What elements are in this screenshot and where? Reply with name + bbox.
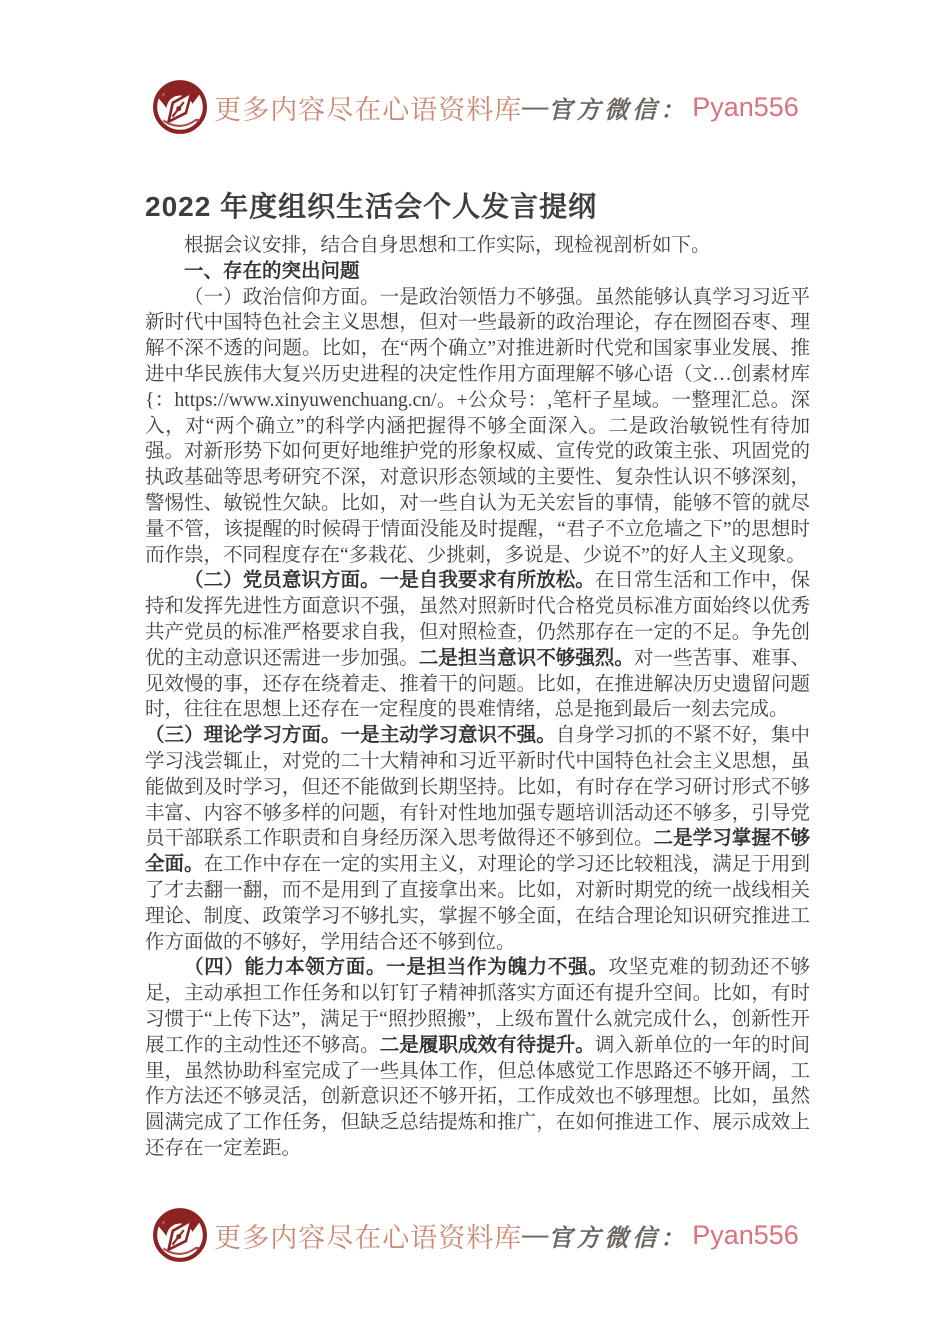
- page-title: 2022 年度组织生活会个人发言提纲: [145, 187, 597, 227]
- body-paragraph: （一）政治信仰方面。一是政治领悟力不够强。虽然能够认真学习习近平新时代中国特色社…: [145, 285, 810, 569]
- wechat-id: Pyan556: [692, 92, 799, 123]
- bold-lead-run: （二）党员意识方面。一是自我要求有所放松。: [184, 569, 595, 591]
- wechat-label: 官方微信：: [548, 90, 688, 125]
- brand-text: 更多内容尽在心语资料库: [214, 88, 522, 127]
- text-run: （一）政治信仰方面。一是政治领悟力不够强。虽然能够认真学习习近平新时代中国特色社…: [145, 287, 810, 566]
- document-page: 更多内容尽在心语资料库—官方微信：Pyan556 2022 年度组织生活会个人发…: [0, 0, 950, 1344]
- body-paragraph: （二）党员意识方面。一是自我要求有所放松。在日常生活和工作中，保持和发挥先进性方…: [145, 568, 810, 723]
- document-body: 根据会议安排，结合自身思想和工作实际，现检视剖析如下。 一、存在的突出问题 （一…: [145, 233, 810, 1162]
- section-heading: 一、存在的突出问题: [145, 259, 810, 285]
- bold-lead-run: 二是履职成效有待提升。: [380, 1034, 595, 1056]
- wechat-label: 官方微信：: [548, 1218, 688, 1253]
- intro-paragraph: 根据会议安排，结合自身思想和工作实际，现检视剖析如下。: [145, 233, 810, 259]
- separator-dash: —: [522, 1220, 548, 1250]
- body-paragraph: （四）能力本领方面。一是担当作为魄力不强。攻坚克难的韧劲还不够足，主动承担工作任…: [145, 955, 810, 1161]
- bold-lead-run: 二是担当意识不够强烈。: [419, 647, 634, 669]
- bold-lead-run: （三）理论学习方面。一是主动学习意识不强。: [145, 724, 556, 746]
- pen-nib-logo-icon: [151, 78, 209, 136]
- brand-text: 更多内容尽在心语资料库: [214, 1216, 522, 1255]
- wechat-id: Pyan556: [692, 1220, 799, 1251]
- bold-lead-run: （四）能力本领方面。一是担当作为魄力不强。: [184, 956, 609, 978]
- header-banner: 更多内容尽在心语资料库—官方微信：Pyan556: [0, 78, 950, 136]
- pen-nib-logo-icon: [151, 1206, 209, 1264]
- separator-dash: —: [522, 92, 548, 122]
- footer-banner: 更多内容尽在心语资料库—官方微信：Pyan556: [0, 1206, 950, 1264]
- paragraphs: （一）政治信仰方面。一是政治领悟力不够强。虽然能够认真学习习近平新时代中国特色社…: [145, 285, 810, 1162]
- text-run: 在工作中存在一定的实用主义，对理论的学习还比较粗浅，满足于用到了才去翻一翻，而不…: [145, 854, 810, 952]
- body-paragraph: （三）理论学习方面。一是主动学习意识不强。自身学习抓的不紧不好，集中学习浅尝辄止…: [145, 723, 810, 955]
